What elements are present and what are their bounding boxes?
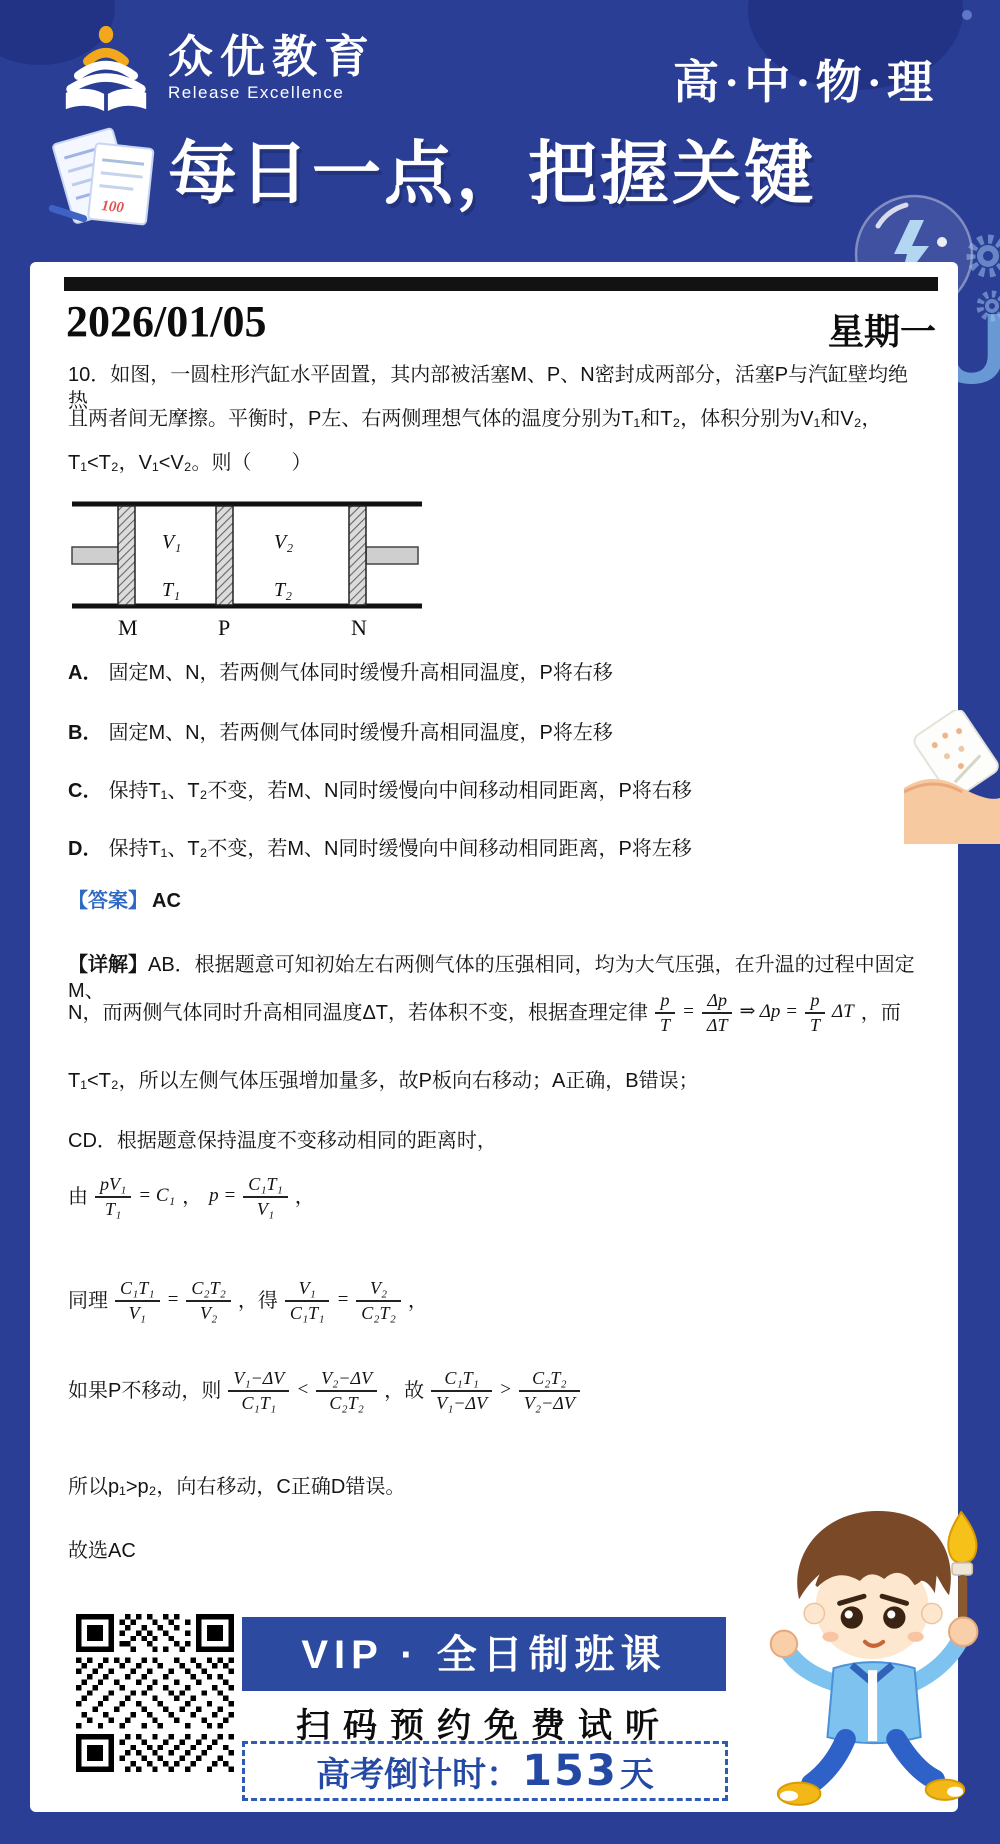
countdown-value: 153 xyxy=(522,1746,618,1796)
countdown-box: 高考倒计时： 153 天 xyxy=(242,1741,728,1801)
gears-icon xyxy=(958,232,1000,332)
explain-line-4: CD．根据题意保持温度不变移动相同的距离时， xyxy=(68,1128,924,1154)
piston-n xyxy=(349,506,366,605)
fraction: V₂C₂T₂ xyxy=(356,1278,401,1323)
poster-page: U 100 xyxy=(0,0,1000,1844)
formula-term: p = xyxy=(209,1184,236,1209)
fraction: C₁T₁V₁ xyxy=(115,1278,160,1323)
option-b: B．固定M、N，若两侧气体同时缓慢升高相同温度，P将左移 xyxy=(68,720,924,746)
divider-bar xyxy=(64,277,938,291)
comma: ， xyxy=(295,1184,315,1210)
option-d-label: D． xyxy=(68,838,102,860)
problem-stem-line-3: T₁<T₂，V₁<V₂。则（ ） xyxy=(68,450,924,476)
formula-row-1-pre: 由 xyxy=(68,1184,88,1210)
vip-banner: VIP · 全日制班课 xyxy=(242,1617,726,1691)
equals-sign: = xyxy=(167,1288,180,1313)
countdown-unit: 天 xyxy=(620,1747,654,1796)
fraction: C₁T₁V₁ xyxy=(243,1174,288,1219)
date-label: 2026/01/05 xyxy=(66,296,266,347)
fraction: V₁C₁T₁ xyxy=(285,1278,330,1323)
explain-line-2-post: ，而 xyxy=(861,1000,901,1026)
formula-row-2-pre: 同理 xyxy=(68,1288,108,1314)
answer-value: AC xyxy=(152,890,181,912)
formula-connective: ，故 xyxy=(384,1378,424,1404)
less-than-sign: < xyxy=(296,1378,309,1403)
option-d-text: 保持T₁、T₂不变，若M、N同时缓慢向中间移动相同距离，P将左移 xyxy=(108,838,691,860)
option-c-text: 保持T₁、T₂不变，若M、N同时缓慢向中间移动相同距离，P将右移 xyxy=(108,780,691,802)
brand-logo-icon xyxy=(58,24,154,112)
implies-sign: ⇒ Δp = xyxy=(739,1000,798,1025)
equals-sign: = xyxy=(682,1000,695,1025)
piston-rod-left xyxy=(72,547,120,564)
diagram-v2-label: V₂ xyxy=(274,531,293,553)
mascot xyxy=(736,1498,1000,1812)
subject-badge: 高·中·物·理 xyxy=(673,46,938,112)
fraction: V₂−ΔVC₂T₂ xyxy=(316,1368,377,1413)
answer-row: 【答案】AC xyxy=(68,888,924,914)
explain-line-2-pre: N，而两侧气体同时升高相同温度ΔT，若体积不变，根据查理定律 xyxy=(68,1000,648,1026)
formula-connective: ，得 xyxy=(238,1288,278,1314)
option-b-label: B． xyxy=(68,722,102,744)
fraction: C₂T₂V₂ xyxy=(186,1278,231,1323)
qr-code xyxy=(76,1614,234,1772)
brand-logo: 众优教育 Release Excellence xyxy=(58,24,376,112)
comma: ， xyxy=(182,1184,202,1210)
diagram-p-label: P xyxy=(218,615,230,640)
equals-sign: = xyxy=(336,1288,349,1313)
fraction: pT xyxy=(805,990,825,1035)
brand-tagline: Release Excellence xyxy=(168,83,376,103)
delta-t-term: ΔT xyxy=(832,1000,854,1025)
formula-row-3-pre: 如果P不移动，则 xyxy=(68,1378,221,1404)
option-d: D．保持T₁、T₂不变，若M、N同时缓慢向中间移动相同距离，P将左移 xyxy=(68,836,924,862)
hand-papers-illustration xyxy=(904,710,1000,844)
papers-illustration: 100 xyxy=(44,112,168,236)
countdown-label: 高考倒计时： xyxy=(316,1747,520,1796)
brush-tip xyxy=(948,1512,976,1563)
svg-text:100: 100 xyxy=(101,198,126,216)
greater-than-sign: > xyxy=(499,1378,512,1403)
scan-cta-text: 扫码预约免费试听 xyxy=(242,1698,726,1747)
formula-term: = C₁ xyxy=(138,1184,175,1209)
fraction: pV₁T₁ xyxy=(95,1174,131,1219)
option-a-text: 固定M、N，若两侧气体同时缓慢升高相同温度，P将右移 xyxy=(108,662,612,684)
fraction: ΔpΔT xyxy=(702,990,733,1035)
fraction: C₂T₂V₂−ΔV xyxy=(519,1368,580,1413)
fraction: pT xyxy=(655,990,675,1035)
diagram-t1-label: T₁ xyxy=(162,579,180,601)
cylinder-diagram: V₁ T₁ V₂ T₂ M P N xyxy=(66,494,436,644)
piston-m xyxy=(118,506,135,605)
fraction: V₁−ΔVC₁T₁ xyxy=(228,1368,289,1413)
answer-label: 【答案】 xyxy=(68,890,148,912)
formula-row-1: 由 pV₁T₁ = C₁ ， p = C₁T₁V₁ ， xyxy=(68,1174,924,1219)
weekday-label: 星期一 xyxy=(828,304,936,355)
formula-row-3: 如果P不移动，则 V₁−ΔVC₁T₁ < V₂−ΔVC₂T₂ ，故 C₁T₁V₁… xyxy=(68,1368,924,1413)
explain-line-2: N，而两侧气体同时升高相同温度ΔT，若体积不变，根据查理定律 pT = ΔpΔT… xyxy=(68,990,924,1035)
explain-line-8: 所以p₁>p₂，向右移动，C正确D错误。 xyxy=(68,1474,924,1500)
explain-line-3: T₁<T₂，所以左侧气体压强增加量多，故P板向右移动；A正确，B错误； xyxy=(68,1068,924,1094)
diagram-m-label: M xyxy=(118,615,138,640)
piston-p xyxy=(216,506,233,605)
option-c: C．保持T₁、T₂不变，若M、N同时缓慢向中间移动相同距离，P将右移 xyxy=(68,778,924,804)
piston-rod-right xyxy=(366,547,418,564)
option-c-label: C． xyxy=(68,780,102,802)
formula-row-2: 同理 C₁T₁V₁ = C₂T₂V₂ ，得 V₁C₁T₁ = V₂C₂T₂ ， xyxy=(68,1278,924,1323)
option-a: A．固定M、N，若两侧气体同时缓慢升高相同温度，P将右移 xyxy=(68,660,924,686)
page-title: 每日一点，把握关键 xyxy=(168,118,816,217)
diagram-t2-label: T₂ xyxy=(274,579,292,601)
option-a-label: A． xyxy=(68,662,102,684)
diagram-n-label: N xyxy=(351,615,367,640)
explain-label: 【详解】 xyxy=(68,954,148,976)
problem-stem-line-2: 且两者间无摩擦。平衡时，P左、右两侧理想气体的温度分别为T₁和T₂，体积分别为V… xyxy=(68,406,924,432)
fraction: C₁T₁V₁−ΔV xyxy=(431,1368,492,1413)
brand-name: 众优教育 xyxy=(168,33,376,80)
bg-dot xyxy=(962,10,972,20)
diagram-v1-label: V₁ xyxy=(162,531,181,553)
option-b-text: 固定M、N，若两侧气体同时缓慢升高相同温度，P将左移 xyxy=(108,722,612,744)
comma: ， xyxy=(408,1288,428,1314)
